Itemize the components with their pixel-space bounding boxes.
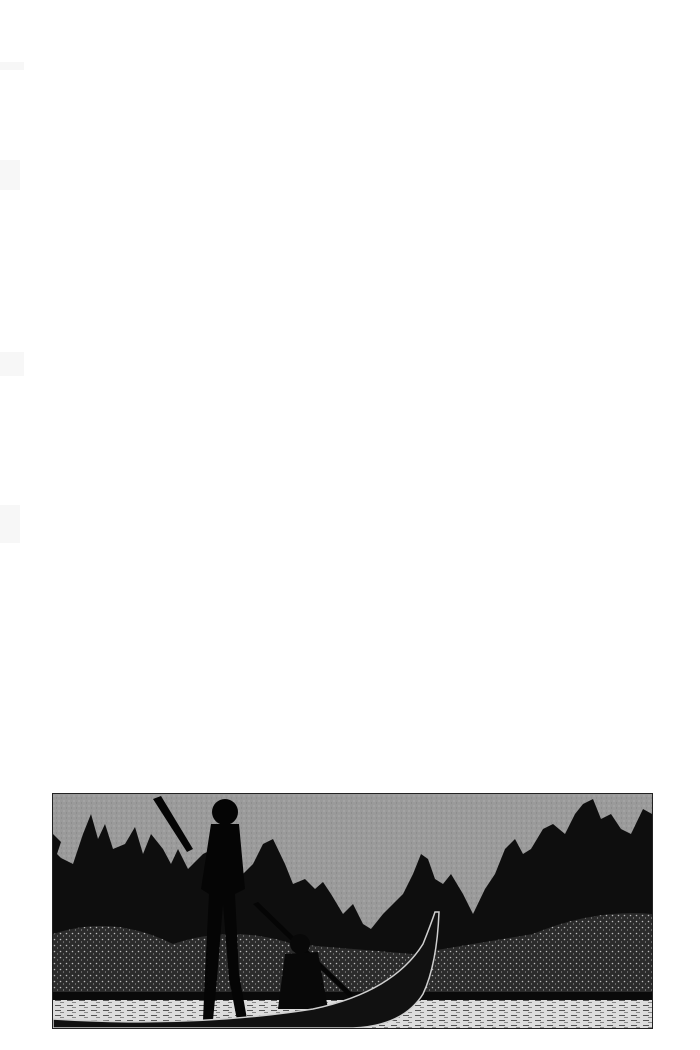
- bleed-through-mark: [0, 62, 24, 70]
- forest-river-illustration: [53, 794, 652, 1028]
- bleed-through-mark: [0, 352, 24, 376]
- bleed-through-mark: [0, 160, 20, 190]
- bleed-through-mark: [0, 505, 20, 543]
- manga-panel: [52, 793, 653, 1029]
